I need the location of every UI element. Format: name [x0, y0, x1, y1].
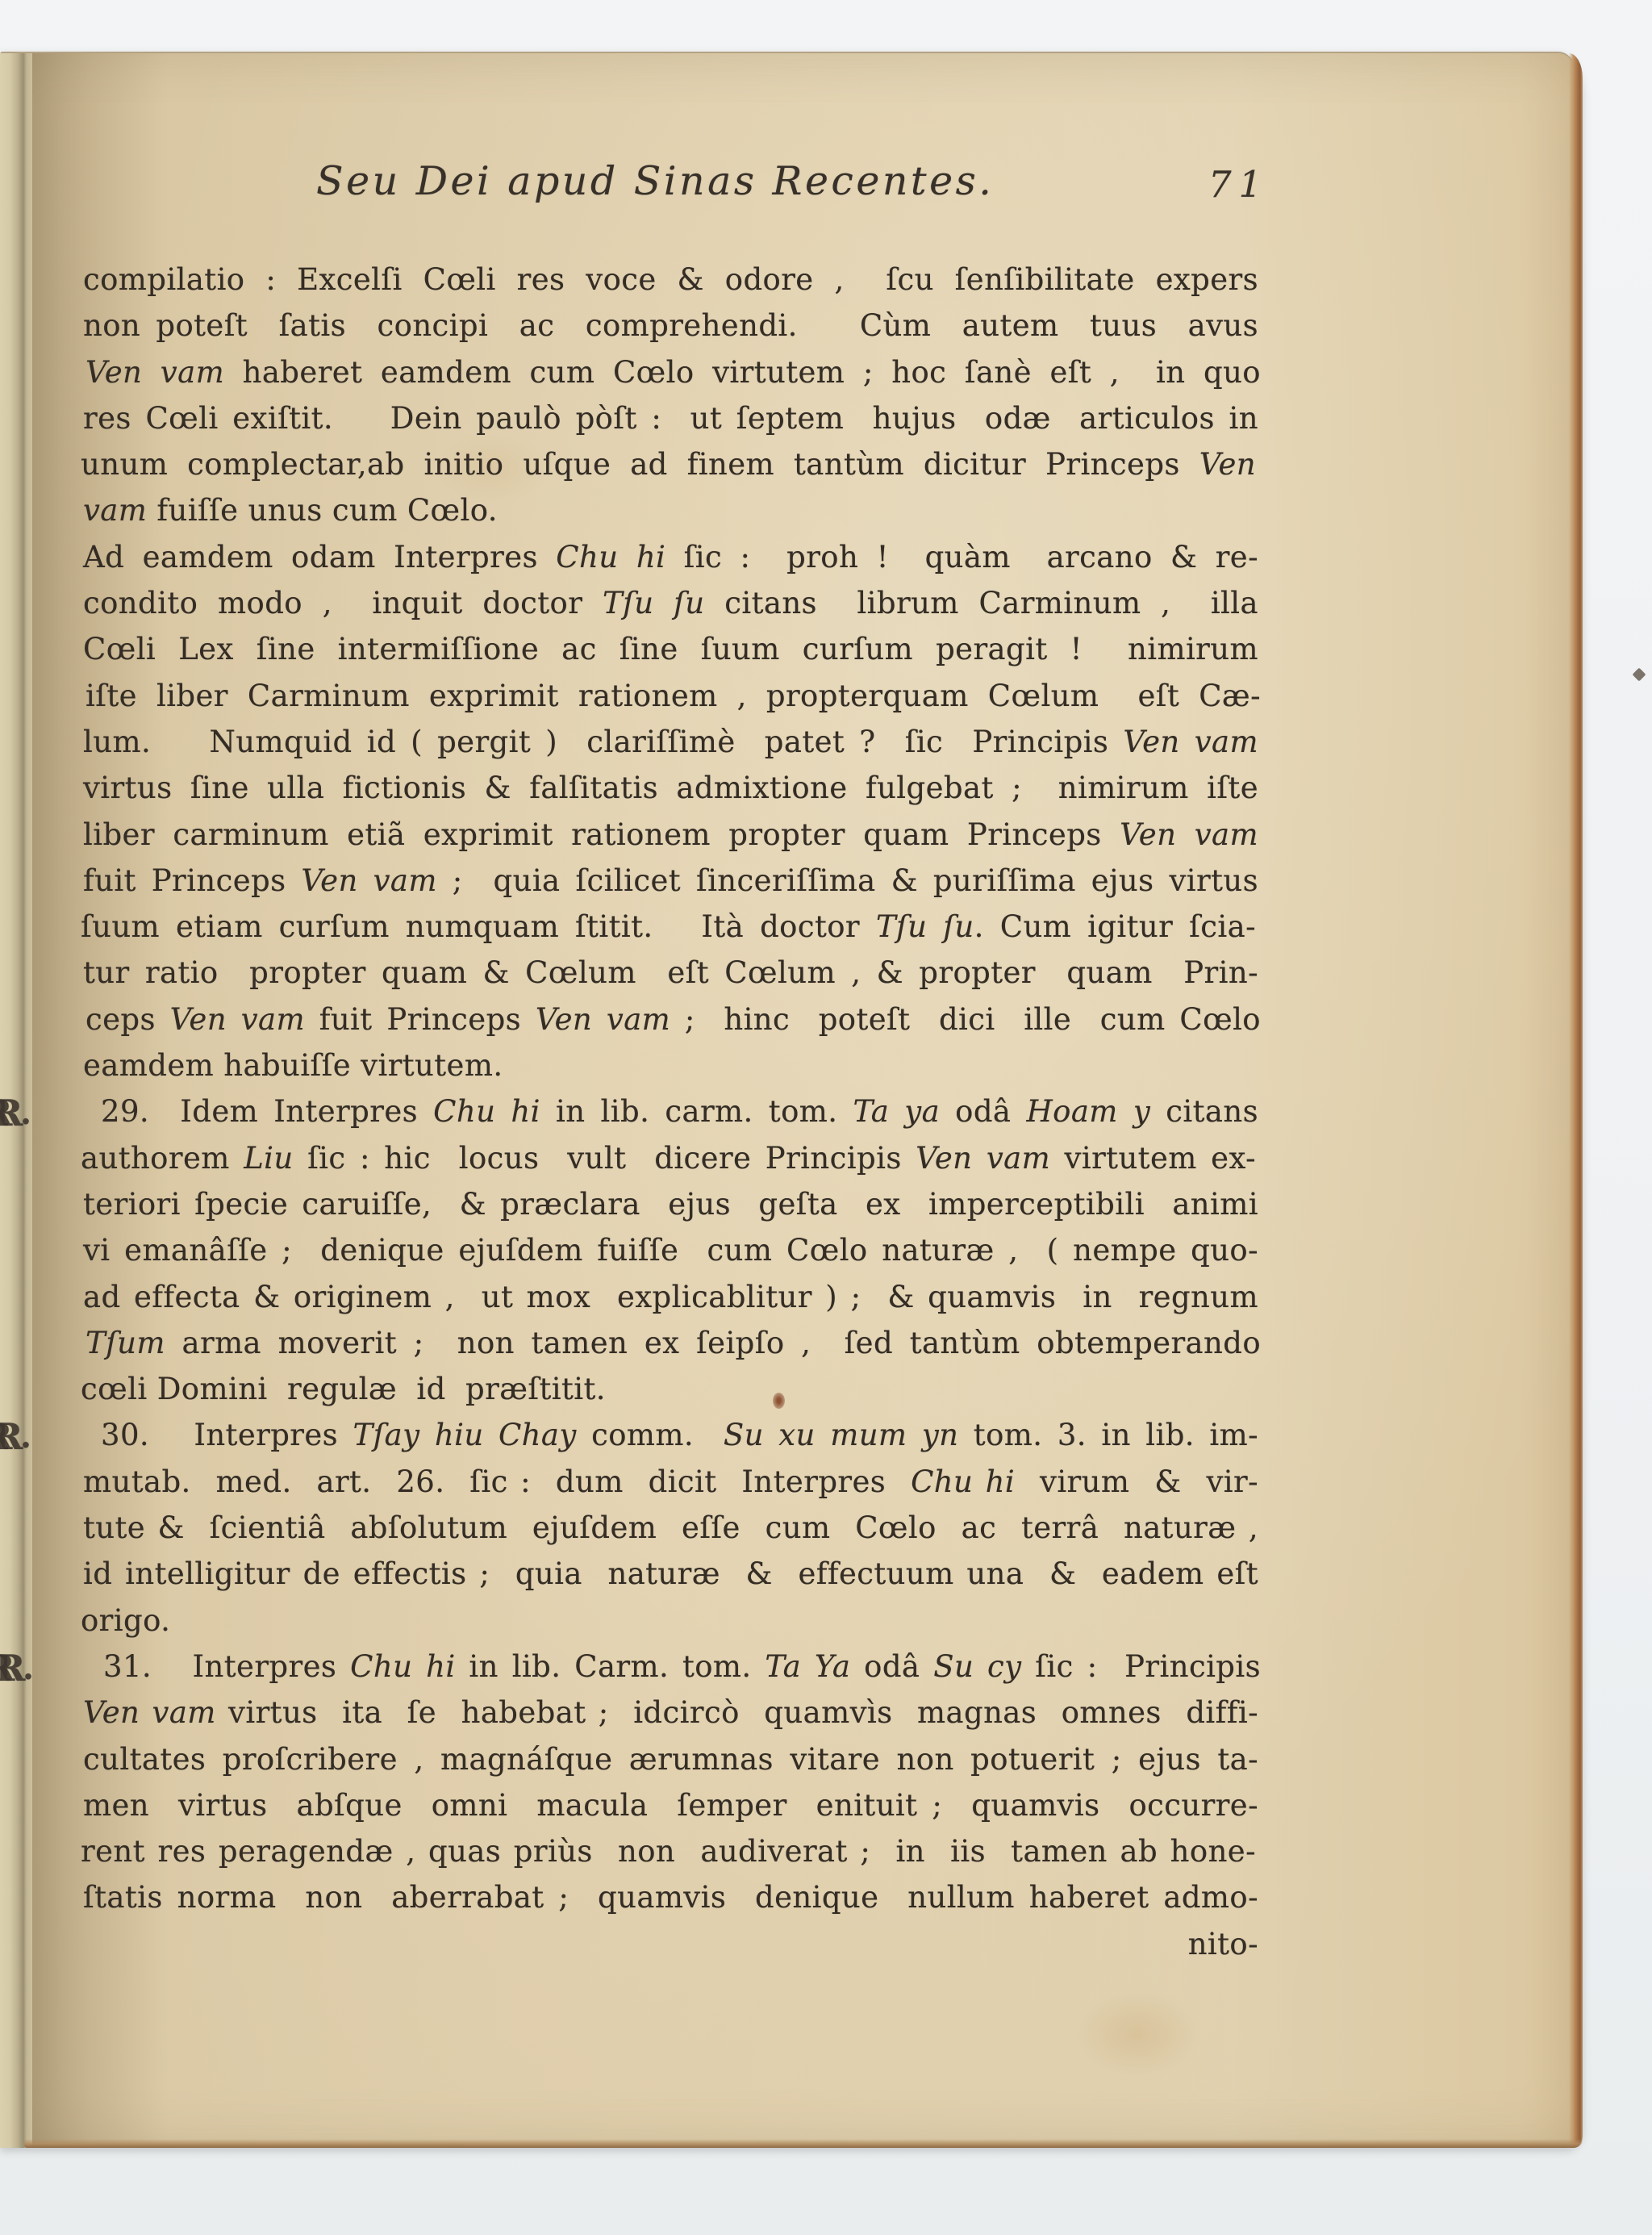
- text-line: non poteſt ſatis concipi ac comprehendi.…: [83, 303, 1258, 349]
- text-segment: virtus ſine ulla fictionis & falſitatis …: [83, 771, 1258, 805]
- text-segment: virum & vir-: [1015, 1464, 1258, 1499]
- italic-text-segment: Tſay hiu Chay: [353, 1418, 577, 1452]
- text-segment: arma moverit ; non tamen ex ſeipſo , ſed…: [165, 1326, 1261, 1360]
- text-line: id intelligitur de effectis ; quia natur…: [83, 1551, 1258, 1597]
- text-segment: 30. Interpres: [101, 1418, 353, 1452]
- text-segment: ſuum etiam curſum numquam ſtitit. Ità do…: [81, 909, 876, 944]
- text-line: Ad eamdem odam Interpres Chu hi ſic : pr…: [83, 534, 1258, 580]
- text-line: rent res peragendæ , quas priùs non audi…: [81, 1828, 1256, 1874]
- text-segment: ; quia ſcilicet ſinceriſſima & puriſſima…: [437, 863, 1258, 898]
- italic-text-segment: Chu hi: [556, 540, 665, 574]
- paper-speck: [1633, 668, 1646, 682]
- text-line: Cœli Lex ſine intermiſſione ac ſine ſuum…: [83, 626, 1258, 672]
- text-segment: compilatio : Excelſi Cœli res voce & odo…: [83, 262, 1258, 297]
- text-line: RR.29. Idem Interpres Chu hi in lib. car…: [83, 1088, 1258, 1134]
- fore-edge-right: [1569, 53, 1583, 2148]
- text-line: virtus ſine ulla fictionis & falſitatis …: [83, 765, 1258, 811]
- italic-text-segment: Ta ya: [853, 1094, 941, 1129]
- text-segment: liber carminum etiã exprimit rationem pr…: [83, 817, 1120, 852]
- text-segment: in lib. Carm. tom.: [456, 1649, 766, 1684]
- text-segment: fuit Princeps: [83, 863, 301, 898]
- text-segment: Cœli Lex ſine intermiſſione ac ſine ſuum…: [83, 632, 1258, 666]
- text-segment: rent res peragendæ , quas priùs non audi…: [81, 1834, 1256, 1869]
- text-line: ſtatis norma non aberrabat ; quamvis den…: [83, 1874, 1258, 1920]
- text-segment: fuiſſe unus cum Cœlo.: [147, 493, 498, 528]
- text-segment: teriori ſpecie caruiſſe, & præclara ejus…: [83, 1187, 1258, 1222]
- text-segment: iſte liber Carminum exprimit rationem , …: [86, 679, 1261, 713]
- italic-text-segment: Chu hi: [350, 1649, 455, 1684]
- text-segment: 31. Interpres: [103, 1649, 350, 1684]
- text-line: Ven vam haberet eamdem cum Cœlo virtutem…: [86, 349, 1261, 395]
- text-segment: ad effecta & originem , ut mox explicabl…: [83, 1280, 1258, 1314]
- foxing-spot: [1073, 1990, 1202, 2078]
- text-line: RR.30. Interpres Tſay hiu Chay comm. Su …: [83, 1412, 1258, 1458]
- text-line: Tſum arma moverit ; non tamen ex ſeipſo …: [86, 1320, 1261, 1366]
- italic-text-segment: Ven vam: [301, 863, 436, 898]
- text-line: teriori ſpecie caruiſſe, & præclara ejus…: [83, 1181, 1258, 1227]
- text-line: vi emanâſſe ; denique ejuſdem fuiſſe cum…: [83, 1227, 1258, 1273]
- text-line: ceps Ven vam fuit Princeps Ven vam ; hin…: [86, 996, 1261, 1042]
- text-segment: id intelligitur de effectis ; quia natur…: [83, 1556, 1258, 1591]
- italic-text-segment: Tſu ſu: [876, 909, 974, 944]
- italic-text-segment: Ven vam: [86, 355, 224, 390]
- text-line: Ven vam virtus ita ſe habebat ; idcircò …: [83, 1690, 1258, 1736]
- text-segment: tom. 3. in lib. im-: [958, 1418, 1258, 1452]
- margin-mark: RR.: [0, 1645, 73, 1691]
- body-text: compilatio : Excelſi Cœli res voce & odo…: [83, 257, 1258, 1921]
- text-line: compilatio : Excelſi Cœli res voce & odo…: [83, 257, 1258, 303]
- text-line: iſte liber Carminum exprimit rationem , …: [86, 673, 1261, 719]
- text-segment: cultates proſcribere , magnáſque ærumnas…: [83, 1742, 1258, 1777]
- text-line: RR.31. Interpres Chu hi in lib. Carm. to…: [86, 1644, 1261, 1690]
- italic-text-segment: Ven vam: [1123, 725, 1258, 759]
- text-segment: unum complectar,ab initio uſque ad finem…: [81, 447, 1199, 482]
- text-segment: odâ: [850, 1649, 933, 1684]
- margin-mark: RR.: [0, 1090, 71, 1136]
- italic-text-segment: Ven vam: [1120, 817, 1258, 852]
- text-segment: cœli Domini regulæ id præſtitit.: [81, 1372, 606, 1406]
- italic-text-segment: Ven vam: [536, 1002, 670, 1037]
- text-line: condito modo , inquit doctor Tſu ſu cita…: [83, 580, 1258, 626]
- text-segment: virtus ita ſe habebat ; idcircò quamvìs …: [216, 1695, 1258, 1730]
- text-segment: mutab. med. art. 26. ſic : dum dicit Int…: [83, 1464, 911, 1499]
- italic-text-segment: Su xu mum yn: [724, 1418, 958, 1452]
- text-line: unum complectar,ab initio uſque ad finem…: [81, 441, 1256, 487]
- text-line: cultates proſcribere , magnáſque ærumnas…: [83, 1736, 1258, 1782]
- text-line: ad effecta & originem , ut mox explicabl…: [83, 1274, 1258, 1320]
- text-line: men virtus abſque omni macula ſemper eni…: [83, 1782, 1258, 1828]
- text-line: origo.: [81, 1598, 1256, 1644]
- text-segment: citans librum Carminum , illa: [705, 586, 1259, 620]
- text-line: lum. Numquid id ( pergit ) clariſſimè pa…: [83, 719, 1258, 765]
- text-segment: in lib. carm. tom.: [540, 1094, 853, 1129]
- italic-text-segment: Ven vam: [916, 1141, 1050, 1176]
- text-segment: ſic : proh ! quàm arcano & re-: [665, 540, 1258, 574]
- text-segment: lum. Numquid id ( pergit ) clariſſimè pa…: [83, 725, 1123, 759]
- italic-text-segment: Chu hi: [911, 1464, 1015, 1499]
- italic-text-segment: Ven vam: [170, 1002, 305, 1037]
- text-segment: vi emanâſſe ; denique ejuſdem fuiſſe cum…: [83, 1233, 1258, 1268]
- margin-mark: RR.: [0, 1414, 71, 1460]
- text-segment: virtutem ex-: [1050, 1141, 1256, 1176]
- italic-text-segment: Tſu ſu: [603, 586, 704, 620]
- text-segment: ; hinc poteſt dici ille cum Cœlo: [670, 1002, 1261, 1037]
- text-line: res Cœli exiſtit. Dein paulò pòſt : ut ſ…: [83, 395, 1258, 441]
- text-segment: condito modo , inquit doctor: [83, 586, 603, 620]
- text-line: vam fuiſſe unus cum Cœlo.: [83, 487, 1258, 533]
- text-line: cœli Domini regulæ id præſtitit.: [81, 1366, 1256, 1412]
- text-segment: tur ratio propter quam & Cœlum eſt Cœlum…: [83, 955, 1258, 990]
- scanned-book-page-photo: Seu Dei apud Sinas Recentes. 71 compilat…: [0, 0, 1652, 2235]
- italic-text-segment: Tſum: [86, 1326, 165, 1360]
- text-segment: tute & ſcientiâ abſolutum ejuſdem eſſe c…: [83, 1510, 1258, 1545]
- text-segment: ſtatis norma non aberrabat ; quamvis den…: [83, 1880, 1258, 1915]
- italic-text-segment: Ta Ya: [765, 1649, 850, 1684]
- text-line: eamdem habuiſſe virtutem.: [83, 1042, 1258, 1088]
- text-segment: . Cum igitur ſcia-: [974, 909, 1256, 944]
- text-line: liber carminum etiã exprimit rationem pr…: [83, 812, 1258, 858]
- text-segment: ſic : hic locus vult dicere Principis: [294, 1141, 916, 1176]
- text-segment: non poteſt ſatis concipi ac comprehendi.…: [83, 308, 1258, 343]
- text-segment: Ad eamdem odam Interpres: [83, 540, 556, 574]
- text-segment: ſic : Principis: [1021, 1649, 1261, 1684]
- italic-text-segment: Su cy: [933, 1649, 1021, 1684]
- text-segment: citans: [1150, 1094, 1258, 1129]
- text-segment: men virtus abſque omni macula ſemper eni…: [83, 1788, 1258, 1823]
- text-line: fuit Princeps Ven vam ; quia ſcilicet ſi…: [83, 858, 1258, 904]
- page-number: 71: [1208, 163, 1269, 206]
- text-segment: eamdem habuiſſe virtutem.: [83, 1048, 503, 1083]
- text-segment: 29. Idem Interpres: [101, 1094, 433, 1129]
- text-segment: authorem: [81, 1141, 244, 1176]
- italic-text-segment: Chu hi: [433, 1094, 540, 1129]
- text-line: tute & ſcientiâ abſolutum ejuſdem eſſe c…: [83, 1505, 1258, 1551]
- text-line: mutab. med. art. 26. ſic : dum dicit Int…: [83, 1459, 1258, 1505]
- text-segment: odâ: [940, 1094, 1026, 1129]
- italic-text-segment: Ven: [1199, 447, 1256, 482]
- text-line: tur ratio propter quam & Cœlum eſt Cœlum…: [83, 950, 1258, 996]
- italic-text-segment: Hoam y: [1026, 1094, 1150, 1129]
- text-segment: comm.: [577, 1418, 724, 1452]
- text-segment: origo.: [81, 1603, 170, 1638]
- catchword: nito-: [83, 1921, 1258, 1967]
- text-segment: fuit Princeps: [305, 1002, 536, 1037]
- italic-text-segment: Ven vam: [83, 1695, 216, 1730]
- text-segment: haberet eamdem cum Cœlo virtutem ; hoc ſ…: [224, 355, 1261, 390]
- italic-text-segment: vam: [83, 493, 147, 528]
- running-header-title: Seu Dei apud Sinas Recentes.: [316, 158, 994, 204]
- text-line: ſuum etiam curſum numquam ſtitit. Ità do…: [81, 904, 1256, 950]
- text-segment: res Cœli exiſtit. Dein paulò pòſt : ut ſ…: [83, 401, 1258, 436]
- italic-text-segment: Liu: [244, 1141, 293, 1176]
- text-line: authorem Liu ſic : hic locus vult dicere…: [81, 1135, 1256, 1181]
- fore-edge-bottom: [24, 2139, 1583, 2148]
- text-segment: ceps: [86, 1002, 170, 1037]
